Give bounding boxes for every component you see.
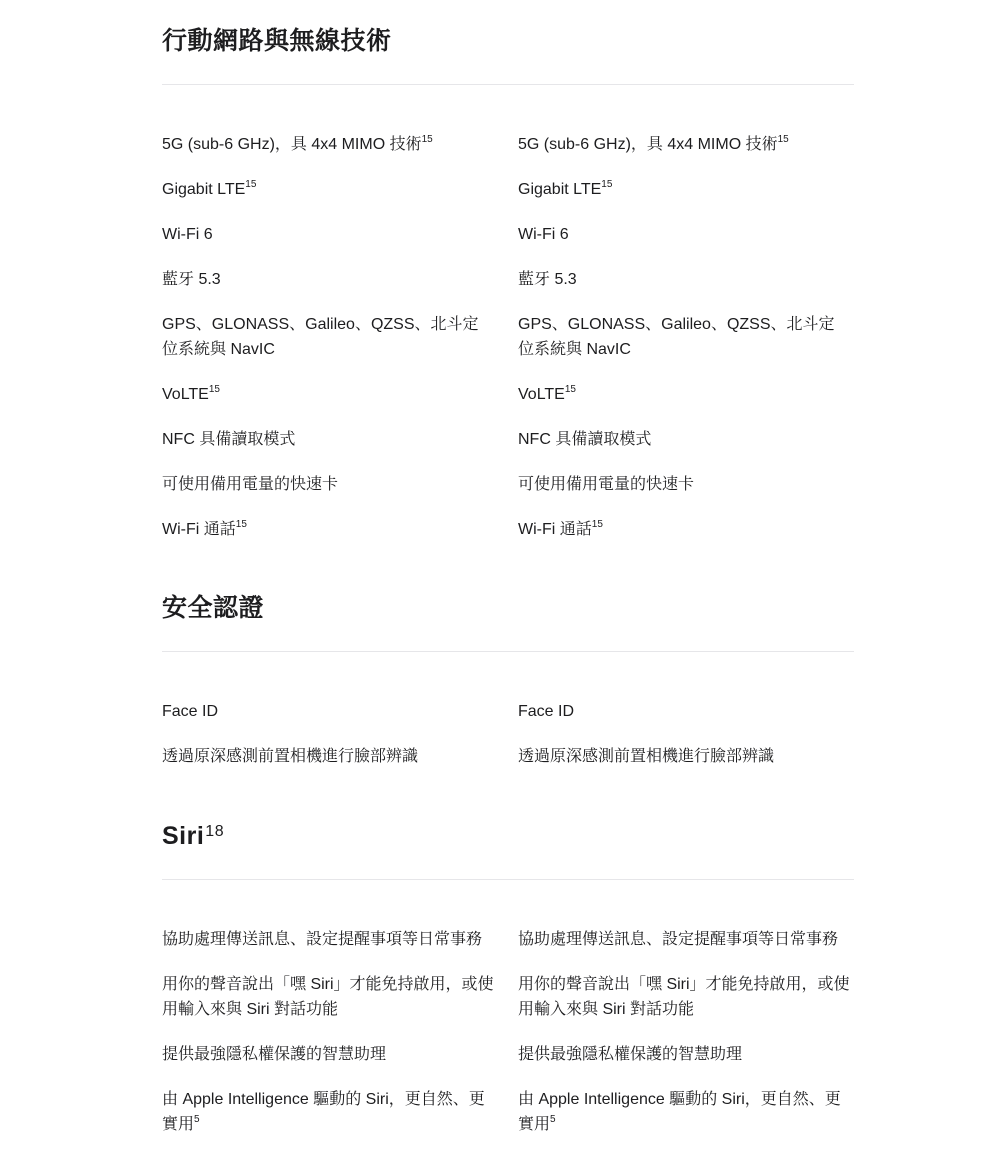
spec-wifi: Wi-Fi 6	[162, 222, 494, 247]
spec-wifi-calling: Wi-Fi 通話15	[162, 517, 494, 542]
section-secure-authentication: 安全認證 Face ID 透過原深感測前置相機進行臉部辨識 Face ID 透過…	[162, 593, 854, 623]
footnote-ref[interactable]: 15	[565, 384, 576, 395]
spec-column-left: Face ID 透過原深感測前置相機進行臉部辨識	[162, 699, 518, 789]
footnote-ref[interactable]: 15	[778, 134, 789, 145]
footnote-ref[interactable]: 15	[209, 384, 220, 395]
section-divider	[162, 84, 854, 85]
section-divider	[162, 651, 854, 652]
spec-bluetooth: 藍牙 5.3	[162, 267, 494, 292]
spec-column-right: 協助處理傳送訊息、設定提醒事項等日常事務 用你的聲音說出「嘿 Siri」才能免持…	[518, 927, 854, 1157]
spec-face-id: Face ID	[162, 699, 494, 724]
spec-express-cards: 可使用備用電量的快速卡	[518, 472, 850, 497]
footnote-ref[interactable]: 15	[236, 519, 247, 530]
spec-siri-tasks: 協助處理傳送訊息、設定提醒事項等日常事務	[162, 927, 494, 952]
spec-column-right: 5G (sub-6 GHz)，具 4x4 MIMO 技術15 Gigabit L…	[518, 132, 854, 562]
spec-siri-apple-intelligence: 由 Apple Intelligence 驅動的 Siri，更自然、更實用5	[518, 1087, 850, 1137]
spec-column-left: 協助處理傳送訊息、設定提醒事項等日常事務 用你的聲音說出「嘿 Siri」才能免持…	[162, 927, 518, 1157]
section-title-security: 安全認證	[162, 593, 854, 623]
spec-express-cards: 可使用備用電量的快速卡	[162, 472, 494, 497]
spec-5g: 5G (sub-6 GHz)，具 4x4 MIMO 技術15	[162, 132, 494, 157]
footnote-ref[interactable]: 15	[601, 179, 612, 190]
spec-gps: GPS、GLONASS、Galileo、QZSS、北斗定位系統與 NavIC	[518, 312, 850, 362]
spec-siri-voice: 用你的聲音說出「嘿 Siri」才能免持啟用，或使用輸入來與 Siri 對話功能	[518, 972, 850, 1022]
spec-nfc: NFC 具備讀取模式	[518, 427, 850, 452]
spec-lte: Gigabit LTE15	[162, 177, 494, 202]
spec-volte: VoLTE15	[162, 382, 494, 407]
spec-5g: 5G (sub-6 GHz)，具 4x4 MIMO 技術15	[518, 132, 850, 157]
spec-column-left: 5G (sub-6 GHz)，具 4x4 MIMO 技術15 Gigabit L…	[162, 132, 518, 562]
spec-nfc: NFC 具備讀取模式	[162, 427, 494, 452]
spec-siri-apple-intelligence: 由 Apple Intelligence 驅動的 Siri，更自然、更實用5	[162, 1087, 494, 1137]
footnote-ref[interactable]: 15	[245, 179, 256, 190]
section-cellular-wireless: 行動網路與無線技術 5G (sub-6 GHz)，具 4x4 MIMO 技術15…	[162, 26, 854, 56]
spec-wifi-calling: Wi-Fi 通話15	[518, 517, 850, 542]
section-siri: Siri18 協助處理傳送訊息、設定提醒事項等日常事務 用你的聲音說出「嘿 Si…	[162, 821, 854, 851]
section-title-cellular: 行動網路與無線技術	[162, 26, 854, 56]
footnote-ref[interactable]: 15	[422, 134, 433, 145]
spec-columns: 協助處理傳送訊息、設定提醒事項等日常事務 用你的聲音說出「嘿 Siri」才能免持…	[162, 927, 854, 1157]
spec-face-id: Face ID	[518, 699, 850, 724]
spec-face-id-desc: 透過原深感測前置相機進行臉部辨識	[162, 744, 494, 769]
spec-wifi: Wi-Fi 6	[518, 222, 850, 247]
spec-volte: VoLTE15	[518, 382, 850, 407]
footnote-ref[interactable]: 5	[550, 1114, 556, 1125]
spec-siri-tasks: 協助處理傳送訊息、設定提醒事項等日常事務	[518, 927, 850, 952]
spec-siri-privacy: 提供最強隱私權保護的智慧助理	[518, 1042, 850, 1067]
section-title-siri: Siri18	[162, 821, 854, 851]
footnote-ref[interactable]: 5	[194, 1114, 200, 1125]
spec-siri-voice: 用你的聲音說出「嘿 Siri」才能免持啟用，或使用輸入來與 Siri 對話功能	[162, 972, 494, 1022]
spec-lte: Gigabit LTE15	[518, 177, 850, 202]
footnote-ref[interactable]: 18	[205, 823, 224, 840]
section-divider	[162, 879, 854, 880]
spec-column-right: Face ID 透過原深感測前置相機進行臉部辨識	[518, 699, 854, 789]
spec-bluetooth: 藍牙 5.3	[518, 267, 850, 292]
footnote-ref[interactable]: 15	[592, 519, 603, 530]
spec-columns: 5G (sub-6 GHz)，具 4x4 MIMO 技術15 Gigabit L…	[162, 132, 854, 562]
spec-columns: Face ID 透過原深感測前置相機進行臉部辨識 Face ID 透過原深感測前…	[162, 699, 854, 789]
spec-gps: GPS、GLONASS、Galileo、QZSS、北斗定位系統與 NavIC	[162, 312, 494, 362]
spec-face-id-desc: 透過原深感測前置相機進行臉部辨識	[518, 744, 850, 769]
spec-siri-privacy: 提供最強隱私權保護的智慧助理	[162, 1042, 494, 1067]
